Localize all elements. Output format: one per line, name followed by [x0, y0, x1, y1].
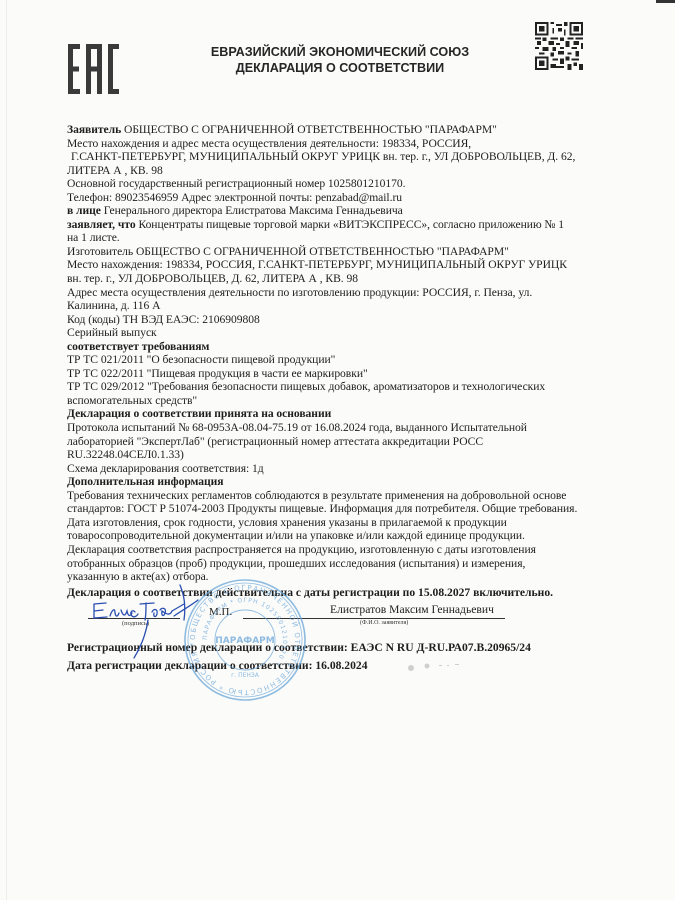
applicant-address-3: ЛИТЕРА А , КВ. 98 [67, 164, 612, 178]
declares-line-2: на 1 листе. [67, 231, 612, 245]
additional-info-line: товаросопроводительной документации и/ил… [67, 529, 612, 543]
eac-logo-icon [66, 44, 120, 94]
signer-name: Елистратов Максим Геннадьевич [330, 603, 494, 616]
production-address-1: Адрес места осуществления деятельности п… [67, 286, 612, 300]
applicant-name: ОБЩЕСТВО С ОГРАНИЧЕННОЙ ОТВЕТСТВЕННОСТЬЮ… [121, 123, 497, 136]
manufacturer-address-1: Место нахождения: 198334, РОССИЯ, Г.САНК… [67, 258, 612, 272]
manufacturer-label: Изготовитель [67, 245, 133, 258]
requirement-item: ТР ТС 021/2011 "О безопасности пищевой п… [67, 353, 612, 367]
release-type: Серийный выпуск [67, 326, 612, 340]
signature-line [88, 618, 180, 619]
requirement-item: ТР ТС 029/2012 "Требования безопасности … [67, 380, 612, 394]
basis-heading: Декларация о соответствии принята на осн… [67, 407, 612, 421]
manufacturer-name: ОБЩЕСТВО С ОГРАНИЧЕННОЙ ОТВЕТСТВЕННОСТЬЮ… [133, 245, 509, 258]
basis-line: Протокола испытаний № 68-0953А-08.04-75.… [67, 421, 612, 435]
declaration-page: ЕВРАЗИЙСКИЙ ЭКОНОМИЧЕСКИЙ СОЮЗ ДЕКЛАРАЦИ… [0, 0, 675, 900]
additional-info-line: стандартов: ГОСТ Р 51074-2003 Продукты п… [67, 502, 612, 516]
seal-placeholder-label: М.П. [209, 606, 232, 618]
declares-line: заявляет, что Концентраты пищевые торгов… [67, 218, 612, 232]
declares-label: заявляет, что [67, 218, 136, 231]
signature-caption: (подпись) [122, 620, 149, 627]
registration-date: Дата регистрации декларации о соответств… [67, 659, 368, 672]
additional-info-line: Требования технических регламентов соблю… [67, 489, 612, 503]
manufacturer-line: Изготовитель ОБЩЕСТВО С ОГРАНИЧЕННОЙ ОТВ… [67, 245, 612, 259]
qr-code-icon[interactable] [535, 22, 583, 70]
declares-text: Концентраты пищевые торговой марки «ВИТЭ… [136, 218, 564, 231]
svg-text:г. ПЕНЗА: г. ПЕНЗА [231, 672, 260, 679]
applicant-address-2: Г.САНКТ-ПЕТЕРБУРГ, МУНИЦИПАЛЬНЫЙ ОКРУГ У… [67, 150, 612, 164]
name-line [243, 618, 505, 619]
manufacturer-address-2: вн. тер. г., УЛ ДОБРОВОЛЬЦЕВ, Д. 62, ЛИТ… [67, 272, 612, 286]
validity-statement: Декларация о соответствии действительна … [67, 586, 553, 599]
applicant-ogrn: Основной государственный регистрационный… [67, 177, 612, 191]
basis-line: лабораторией "ЭкспертЛаб" (регистрационн… [67, 435, 612, 449]
declaration-body: Заявитель ОБЩЕСТВО С ОГРАНИЧЕННОЙ ОТВЕТС… [67, 123, 612, 584]
represented-by: Генерального директора Елистратова Макси… [101, 204, 403, 217]
requirements-heading: соответствует требованиям [67, 340, 612, 354]
additional-info-heading: Дополнительная информация [67, 475, 612, 489]
name-caption: (Ф.И.О. заявителя) [360, 620, 408, 626]
applicant-address-1: Место нахождения и адрес места осуществл… [67, 137, 612, 151]
production-address-2: Калинина, д. 116 А [67, 299, 612, 313]
additional-info-line: указанную в акте(ах) отбора. [67, 570, 612, 584]
header-union-title: ЕВРАЗИЙСКИЙ ЭКОНОМИЧЕСКИЙ СОЮЗ [140, 44, 540, 60]
represented-label: в лице [67, 204, 101, 217]
applicant-label: Заявитель [67, 123, 121, 136]
additional-info-line: Декларация соответствия распространяется… [67, 543, 612, 557]
applicant-line: Заявитель ОБЩЕСТВО С ОГРАНИЧЕННОЙ ОТВЕТС… [67, 123, 612, 137]
additional-info-line: Дата изготовления, срок годности, услови… [67, 516, 612, 530]
svg-text:ОБЩЕСТВО С ОГРАНИЧЕННОЙ ОТВЕТС: ОБЩЕСТВО С ОГРАНИЧЕННОЙ ОТВЕТСТВЕННОСТЬЮ… [189, 584, 301, 696]
header-declaration-title: ДЕКЛАРАЦИЯ О СООТВЕТСТВИИ [140, 60, 540, 76]
document-header: ЕВРАЗИЙСКИЙ ЭКОНОМИЧЕСКИЙ СОЮЗ ДЕКЛАРАЦИ… [140, 44, 540, 76]
declaration-scheme: Схема декларирования соответствия: 1д [67, 462, 612, 476]
registration-number: Регистрационный номер декларации о соотв… [67, 641, 531, 654]
additional-info-line: отобранных образцов (проб) продукции, пр… [67, 557, 612, 571]
tn-ved-code: Код (коды) ТН ВЭД ЕАЭС: 2106909808 [67, 313, 612, 327]
represented-by-line: в лице Генерального директора Елистратов… [67, 204, 612, 218]
basis-line: RU.32248.04СЕЛ0.1.33) [67, 448, 612, 462]
scan-corner-mark [656, 0, 675, 3]
scan-smudge [405, 662, 465, 674]
page-edge [6, 0, 7, 900]
requirement-item: ТР ТС 022/2011 "Пищевая продукция в част… [67, 367, 612, 381]
requirement-item: вспомогательных средств" [67, 394, 612, 408]
applicant-contacts: Телефон: 89023546959 Адрес электронной п… [67, 191, 612, 205]
